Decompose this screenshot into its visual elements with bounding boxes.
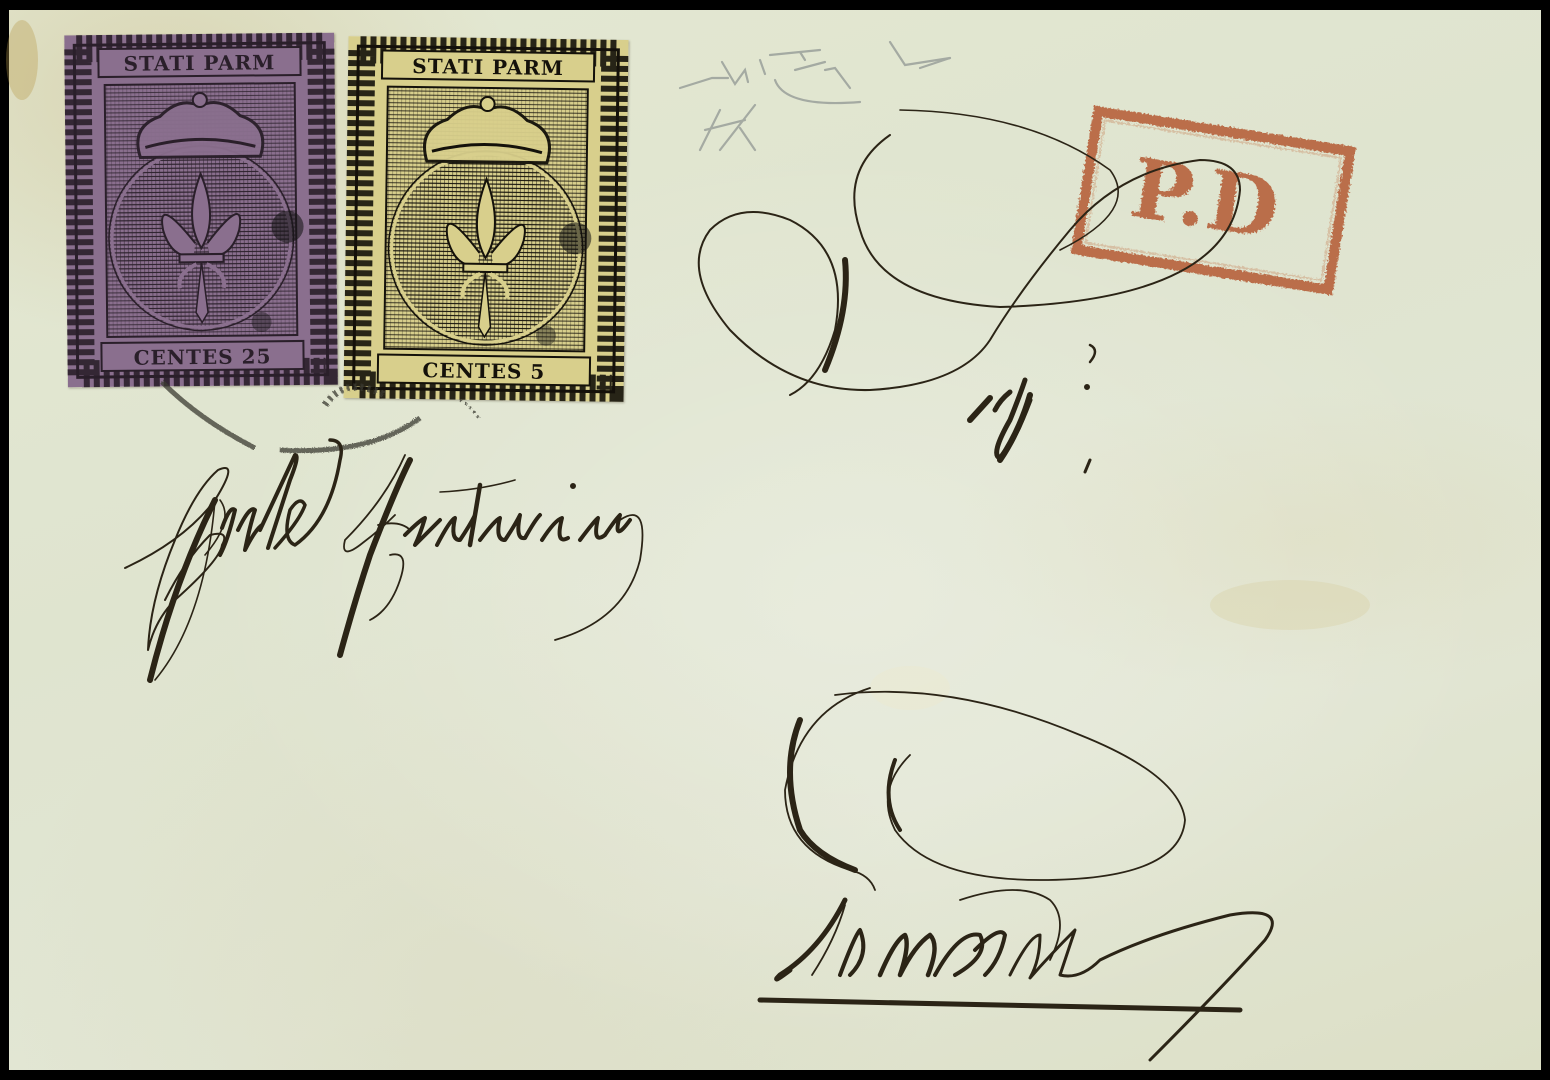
circular-postmark bbox=[162, 382, 480, 451]
name-script-centurini bbox=[340, 455, 643, 655]
markings-layer: P.D bbox=[0, 0, 1550, 1080]
pd-text: P.D bbox=[1124, 140, 1285, 258]
name-script-carlo bbox=[125, 440, 341, 680]
city-script-genova bbox=[760, 688, 1272, 1060]
pencil-notes bbox=[680, 42, 950, 150]
